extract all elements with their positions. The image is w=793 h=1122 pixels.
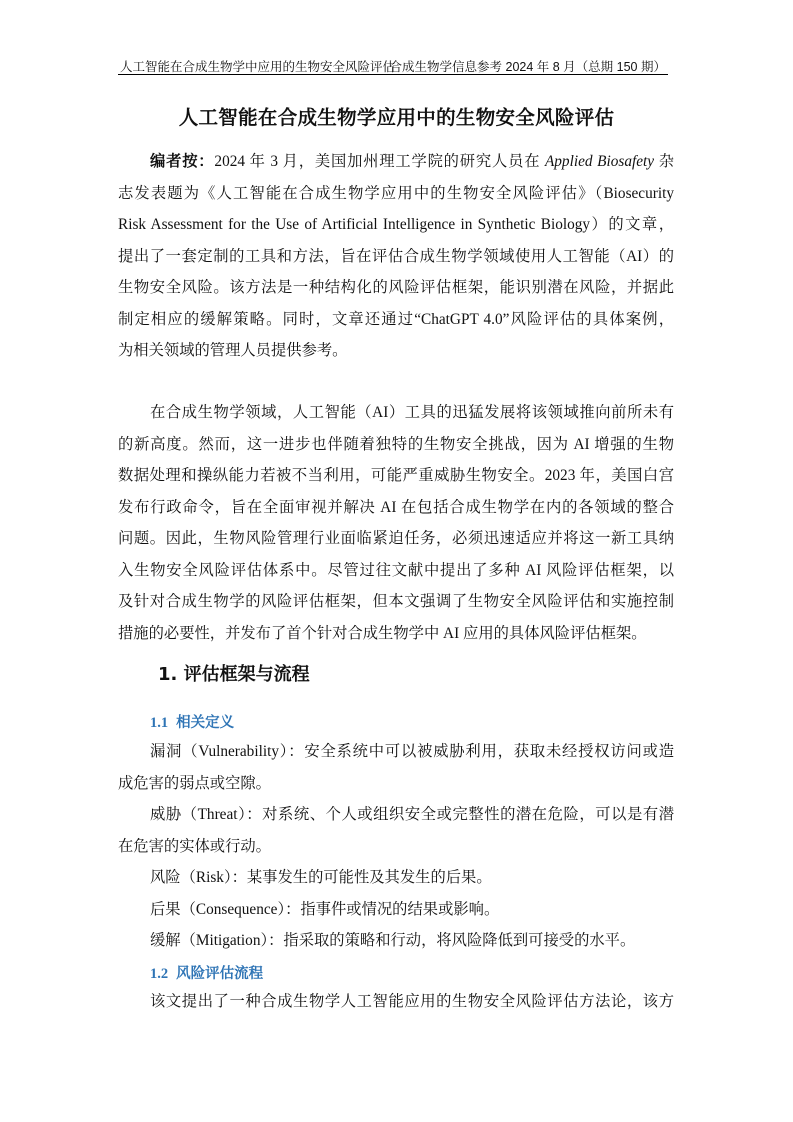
paragraph-line: 数据处理和操纵能力若被不当利用，可能严重威胁生物安全。2023 年，美国白宫: [118, 460, 674, 492]
risk-process-paragraph: 该文提出了一种合成生物学人工智能应用的生物安全风险评估方法论，该方: [118, 986, 674, 1018]
journal-name: Applied Biosafety: [545, 153, 654, 170]
paragraph-line: 的新高度。然而，这一进步也伴随着独特的生物安全挑战，因为 AI 增强的生物: [118, 429, 674, 461]
running-header: 人工智能在合成生物学中应用的生物安全风险评估 合成生物学信息参考 2024 年 …: [118, 56, 668, 75]
paragraph-line: 该文提出了一种合成生物学人工智能应用的生物安全风险评估方法论，该方: [118, 986, 674, 1018]
editor-note: 编者按：2024 年 3 月，美国加州理工学院的研究人员在 Applied Bi…: [118, 146, 674, 367]
editor-note-line: 为相关领域的管理人员提供参考。: [118, 335, 674, 367]
section-heading-1: 1. 评估框架与流程: [158, 660, 310, 686]
subsection-heading-1-1: 1.1相关定义: [150, 711, 234, 732]
subsection-title: 风险评估流程: [176, 966, 263, 982]
paragraph-line: 问题。因此，生物风险管理行业面临紧迫任务，必须迅速适应并将这一新工具纳: [118, 523, 674, 555]
definitions-list: 漏洞（Vulnerability）：安全系统中可以被威胁利用，获取未经授权访问或…: [118, 736, 674, 957]
header-article-title: 人工智能在合成生物学中应用的生物安全风险评估: [120, 57, 395, 75]
definition-mitigation: 缓解（Mitigation）：指采取的策略和行动，将风险降低到可接受的水平。: [118, 925, 674, 957]
definition-consequence: 后果（Consequence）：指事件或情况的结果或影响。: [118, 894, 674, 926]
header-publication-info: 合成生物学信息参考 2024 年 8 月（总期 150 期）: [390, 57, 666, 75]
definition-threat: 威胁（Threat）：对系统、个人或组织安全或完整性的潜在危险，可以是有潜: [118, 799, 674, 831]
definition-vulnerability: 漏洞（Vulnerability）：安全系统中可以被威胁利用，获取未经授权访问或…: [118, 736, 674, 768]
subsection-title: 相关定义: [176, 715, 234, 731]
subsection-number: 1.2: [150, 966, 168, 982]
document-title: 人工智能在合成生物学应用中的生物安全风险评估: [0, 102, 793, 130]
paragraph-line: 措施的必要性，并发布了首个针对合成生物学中 AI 应用的具体风险评估框架。: [118, 618, 674, 650]
subsection-heading-1-2: 1.2风险评估流程: [150, 962, 263, 983]
editor-note-line: 编者按：2024 年 3 月，美国加州理工学院的研究人员在 Applied Bi…: [118, 146, 674, 178]
paragraph-line: 入生物安全风险评估体系中。尽管过往文献中提出了多种 AI 风险评估框架，以: [118, 555, 674, 587]
paragraph-line: 及针对合成生物学的风险评估框架，但本文强调了生物安全风险评估和实施控制: [118, 586, 674, 618]
intro-paragraph: 在合成生物学领域，人工智能（AI）工具的迅猛发展将该领域推向前所未有 的新高度。…: [118, 397, 674, 649]
definition-vulnerability-cont: 成危害的弱点或空隙。: [118, 768, 674, 800]
editor-note-line: 志发表题为《人工智能在合成生物学应用中的生物安全风险评估》（Biosecurit…: [118, 178, 674, 210]
subsection-number: 1.1: [150, 715, 168, 731]
editor-note-line: 制定相应的缓解策略。同时，文章还通过“ChatGPT 4.0”风险评估的具体案例…: [118, 304, 674, 336]
paragraph-line: 发布行政命令，旨在全面审视并解决 AI 在包括合成生物学在内的各领域的整合: [118, 492, 674, 524]
text-run: 杂: [654, 153, 674, 170]
editor-note-line: Risk Assessment for the Use of Artificia…: [118, 209, 674, 241]
definition-risk: 风险（Risk）：某事发生的可能性及其发生的后果。: [118, 862, 674, 894]
paragraph-line: 在合成生物学领域，人工智能（AI）工具的迅猛发展将该领域推向前所未有: [118, 397, 674, 429]
editor-note-line: 提出了一套定制的工具和方法，旨在评估合成生物学领域使用人工智能（AI）的: [118, 241, 674, 273]
text-run: 2024 年 3 月，美国加州理工学院的研究人员在: [214, 153, 545, 170]
editor-note-line: 生物安全风险。该方法是一种结构化的风险评估框架，能识别潜在风险，并据此: [118, 272, 674, 304]
definition-threat-cont: 在危害的实体或行动。: [118, 831, 674, 863]
editor-note-label: 编者按：: [150, 153, 214, 170]
